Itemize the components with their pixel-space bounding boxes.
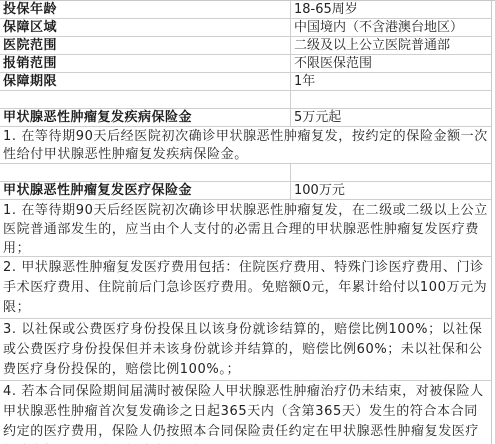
table-row-medical-item: 2. 甲状腺恶性肿瘤复发医疗费用包括：住院医疗费用、特殊门诊医疗费用、门诊手术医…	[0, 257, 492, 319]
table-row-medical-item: 3. 以社保或公费医疗身份投保且以该身份就诊结算的，赔偿比例100%；以社保或公…	[0, 319, 492, 381]
value-age: 18-65周岁	[290, 1, 492, 18]
medical-benefit-title: 甲状腺恶性肿瘤复发医疗保险金	[0, 182, 290, 199]
label-reimbursement: 报销范围	[0, 55, 290, 72]
empty-cell	[290, 91, 492, 108]
disease-benefit-amount: 5万元起	[290, 109, 492, 126]
insurance-terms-table: 投保年龄 18-65周岁 保障区域 中国境内（不含港澳台地区） 医院范围 二级及…	[0, 0, 495, 444]
table-right-border	[491, 1, 492, 444]
empty-cell	[290, 164, 492, 181]
table-row-disease-benefit: 甲状腺恶性肿瘤复发疾病保险金 5万元起	[0, 109, 492, 127]
label-region: 保障区域	[0, 19, 290, 36]
empty-cell	[0, 91, 290, 108]
table-row-medical-benefit: 甲状腺恶性肿瘤复发医疗保险金 100万元	[0, 182, 492, 200]
medical-benefit-item-3: 3. 以社保或公费医疗身份投保且以该身份就诊结算的，赔偿比例100%；以社保或公…	[0, 319, 492, 380]
label-period: 保障期限	[0, 73, 290, 90]
empty-cell	[0, 164, 290, 181]
table-row-medical-item: 4. 若本合同保险期间届满时被保险人甲状腺恶性肿瘤治疗仍未结束，对被保险人甲状腺…	[0, 381, 492, 444]
table-row-hospital: 医院范围 二级及以上公立医院普通部	[0, 37, 492, 55]
label-hospital: 医院范围	[0, 37, 290, 54]
table-row-region: 保障区域 中国境内（不含港澳台地区）	[0, 19, 492, 37]
disease-benefit-description: 1. 在等待期90天后经医院初次确诊甲状腺恶性肿瘤复发，按约定的保险金额一次性给…	[0, 127, 492, 163]
table-row-reimbursement: 报销范围 不限医保范围	[0, 55, 492, 73]
medical-benefit-item-1: 1. 在等待期90天后经医院初次确诊甲状腺恶性肿瘤复发，在二级或二级以上公立医院…	[0, 200, 492, 256]
label-age: 投保年龄	[0, 1, 290, 18]
table-row-disease-desc: 1. 在等待期90天后经医院初次确诊甲状腺恶性肿瘤复发，按约定的保险金额一次性给…	[0, 127, 492, 164]
table-row-age: 投保年龄 18-65周岁	[0, 1, 492, 19]
table-row-period: 保障期限 1年	[0, 73, 492, 91]
table-row-empty	[0, 164, 492, 182]
value-hospital: 二级及以上公立医院普通部	[290, 37, 492, 54]
table-row-medical-item: 1. 在等待期90天后经医院初次确诊甲状腺恶性肿瘤复发，在二级或二级以上公立医院…	[0, 200, 492, 257]
medical-benefit-amount: 100万元	[290, 182, 492, 199]
value-period: 1年	[290, 73, 492, 90]
medical-benefit-item-2: 2. 甲状腺恶性肿瘤复发医疗费用包括：住院医疗费用、特殊门诊医疗费用、门诊手术医…	[0, 257, 492, 318]
table-row-empty	[0, 91, 492, 109]
disease-benefit-title: 甲状腺恶性肿瘤复发疾病保险金	[0, 109, 290, 126]
value-reimbursement: 不限医保范围	[290, 55, 492, 72]
medical-benefit-item-4: 4. 若本合同保险期间届满时被保险人甲状腺恶性肿瘤治疗仍未结束，对被保险人甲状腺…	[0, 381, 492, 444]
value-region: 中国境内（不含港澳台地区）	[290, 19, 492, 36]
